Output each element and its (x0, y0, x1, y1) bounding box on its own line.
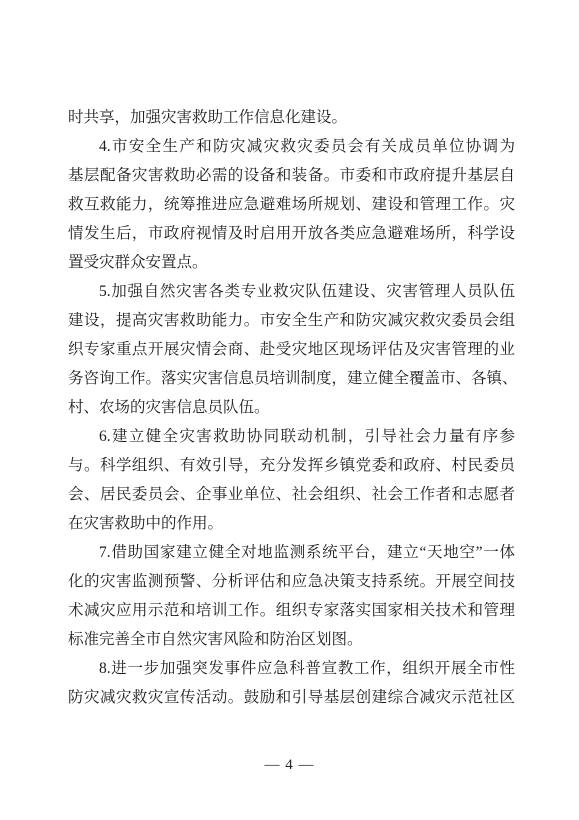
text-line: 防灾减灾救灾宣传活动。鼓励和引导基层创建综合减灾示范社区 (68, 683, 515, 712)
text-line: 置受灾群众安置点。 (68, 248, 515, 277)
text-line: 8.进一步加强突发事件应急科普宣教工作，组织开展全市性 (68, 654, 515, 683)
text-line: 在灾害救助中的作用。 (68, 509, 515, 538)
text-line: 与。科学组织、有效引导，充分发挥乡镇党委和政府、村民委员 (68, 451, 515, 480)
text-line: 5.加强自然灾害各类专业救灾队伍建设、灾害管理人员队伍 (68, 277, 515, 306)
page-number: — 4 — (0, 753, 579, 777)
text-line: 术减灾应用示范和培训工作。组织专家落实国家相关技术和管理 (68, 596, 515, 625)
text-line: 6.建立健全灾害救助协同联动机制，引导社会力量有序参 (68, 422, 515, 451)
text-line: 织专家重点开展灾情会商、赴受灾地区现场评估及灾害管理的业 (68, 335, 515, 364)
document-body: 时共享，加强灾害救助工作信息化建设。4.市安全生产和防灾减灾救灾委员会有关成员单… (68, 103, 515, 712)
text-line: 务咨询工作。落实灾害信息员培训制度，建立健全覆盖市、各镇、 (68, 364, 515, 393)
text-line: 会、居民委员会、企事业单位、社会组织、社会工作者和志愿者 (68, 480, 515, 509)
text-line: 村、农场的灾害信息员队伍。 (68, 393, 515, 422)
text-line: 建设，提高灾害救助能力。市安全生产和防灾减灾救灾委员会组 (68, 306, 515, 335)
text-line: 时共享，加强灾害救助工作信息化建设。 (68, 103, 515, 132)
text-line: 标准完善全市自然灾害风险和防治区划图。 (68, 625, 515, 654)
document-page: 时共享，加强灾害救助工作信息化建设。4.市安全生产和防灾减灾救灾委员会有关成员单… (0, 0, 579, 820)
text-line: 4.市安全生产和防灾减灾救灾委员会有关成员单位协调为 (68, 132, 515, 161)
text-line: 救互救能力，统筹推进应急避难场所规划、建设和管理工作。灾 (68, 190, 515, 219)
text-line: 基层配备灾害救助必需的设备和装备。市委和市政府提升基层自 (68, 161, 515, 190)
text-line: 情发生后，市政府视情及时启用开放各类应急避难场所，科学设 (68, 219, 515, 248)
text-line: 7.借助国家建立健全对地监测系统平台，建立“天地空”一体 (68, 538, 515, 567)
text-line: 化的灾害监测预警、分析评估和应急决策支持系统。开展空间技 (68, 567, 515, 596)
